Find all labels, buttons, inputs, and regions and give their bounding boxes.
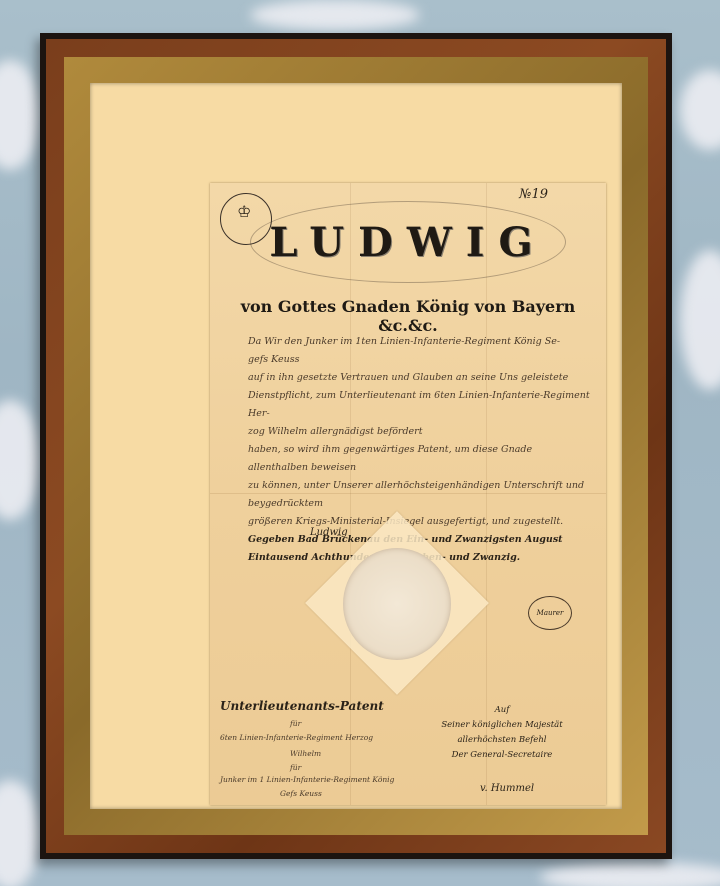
auth-line: Auf — [422, 703, 582, 718]
text-line: zog Wilhelm allergnädigst befördert — [248, 423, 590, 441]
patent-line: Junker im 1 Linien-Infanterie-Regiment K… — [220, 775, 394, 784]
cloud — [250, 0, 420, 30]
authorization-block: Auf Seiner königlichen Majestät allerhöc… — [422, 703, 582, 763]
cloud — [680, 70, 720, 150]
text-line: größeren Kriegs-Ministerial-Insiegel aus… — [248, 513, 590, 531]
picture-frame: ♔ №19 LUDWIG von Gottes Gnaden König von… — [40, 33, 672, 859]
text-line: gefs Keuss — [248, 351, 590, 369]
cloud — [680, 250, 720, 390]
mat-board: ♔ №19 LUDWIG von Gottes Gnaden König von… — [90, 83, 622, 809]
text-line: Da Wir den Junker im 1ten Linien-Infante… — [248, 333, 590, 351]
patent-line: 6ten Linien-Infanterie-Regiment Herzog — [220, 733, 373, 742]
frame-gold-inlay: ♔ №19 LUDWIG von Gottes Gnaden König von… — [64, 57, 648, 835]
patent-line: Wilhelm — [290, 749, 321, 758]
patent-line: für — [290, 763, 301, 772]
text-line: auf in ihn gesetzte Vertrauen und Glaube… — [248, 369, 590, 387]
text-line: haben, so wird ihm gegenwärtiges Patent,… — [248, 441, 590, 477]
patent-line: Gefs Keuss — [280, 789, 322, 798]
cloud — [0, 60, 40, 170]
patent-title: Unterlieutenants-Patent — [220, 699, 384, 713]
text-line: zu können, unter Unserer allerhöchsteige… — [248, 477, 590, 513]
auth-line: Der General-Secretaire — [422, 748, 582, 763]
frame-wood: ♔ №19 LUDWIG von Gottes Gnaden König von… — [46, 39, 666, 853]
auth-line: allerhöchsten Befehl — [422, 733, 582, 748]
cloud — [0, 780, 40, 886]
secretary-signature: v. Hummel — [480, 783, 534, 794]
document-paper: ♔ №19 LUDWIG von Gottes Gnaden König von… — [210, 183, 606, 805]
royal-signature: Ludwig — [310, 527, 348, 538]
auth-line: Seiner königlichen Majestät — [422, 718, 582, 733]
patent-line: für — [290, 719, 301, 728]
document-number: №19 — [519, 187, 548, 202]
countersign-oval: Maurer — [528, 596, 572, 630]
text-line: Dienstpflicht, zum Unterlieutenant im 6t… — [248, 387, 590, 423]
embossed-seal — [343, 548, 451, 660]
cloud — [0, 400, 40, 520]
document-title: LUDWIG — [210, 219, 606, 266]
cloud — [540, 862, 720, 886]
commission-text: Da Wir den Junker im 1ten Linien-Infante… — [248, 333, 590, 567]
document-subtitle: von Gottes Gnaden König von Bayern &c.&c… — [210, 297, 606, 335]
